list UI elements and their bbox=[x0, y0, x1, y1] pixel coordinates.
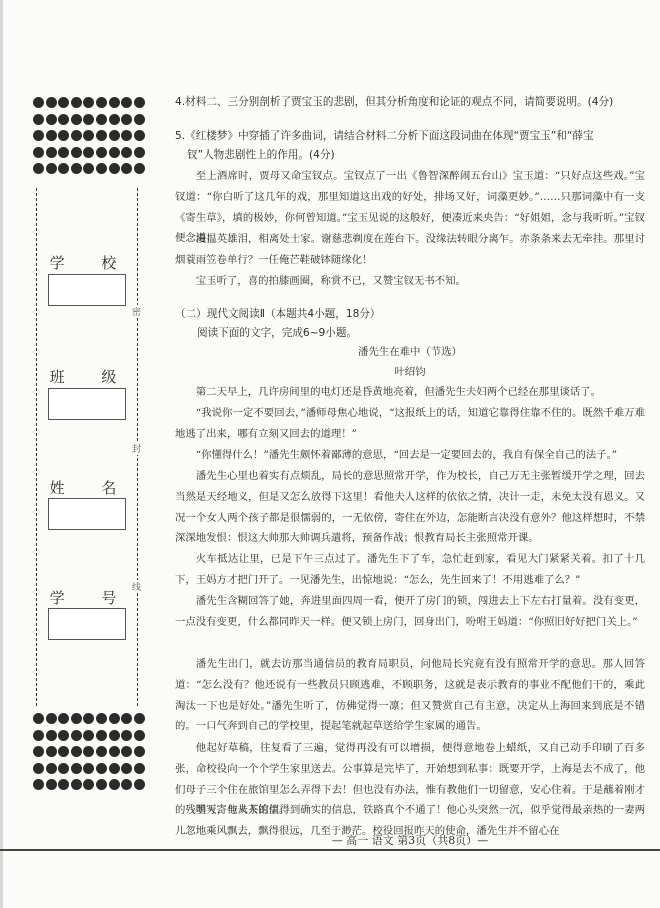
seal-mark-mi: 密 bbox=[132, 305, 141, 318]
page-footer: — 高一 语文 第3页（共8页）— bbox=[175, 832, 645, 848]
seal-mark-feng: 封 bbox=[132, 442, 141, 455]
question-5-line2: 钗”人物悲剧性上的作用。(4分) bbox=[175, 146, 657, 165]
question-4: 4.材料二、三分别剖析了贾宝玉的悲剧，但其分析角度和论证的观点不同，请简要说明。… bbox=[175, 93, 645, 112]
name-field[interactable] bbox=[48, 498, 126, 530]
class-label: 班 级 bbox=[48, 366, 134, 387]
story-paragraph: 火车抵达让里，已是下午三点过了。潘先生下了车，急忙赶到家，看见大门紧紧关着。扣了… bbox=[175, 549, 645, 591]
story-paragraph: 潘先生出门，就去访那当通信员的教育局职员，问他局长究竟有没有照常开学的意思。那人… bbox=[175, 654, 645, 737]
story-author: 叶绍钧 bbox=[175, 362, 645, 383]
section-heading: （二）现代文阅读Ⅱ（本题共4小题，18分） bbox=[175, 305, 645, 324]
page-edge bbox=[0, 0, 3, 908]
excerpt-poem: 漫揾英雄泪，相离处士家。谢慈悲剃度在莲台下。没缘法转眼分离乍。赤条条来去无牵挂。… bbox=[175, 229, 645, 271]
story-paragraph: 第二天早上，几许房间里的电灯还是昏黄地亮着，但潘先生夫妇两个已经在那里谈话了。 bbox=[175, 382, 645, 403]
story-paragraph: 潘先生含糊回答了她，奔进里面四周一看，便开了房门的锁，闯进去上下左右打量着。没有… bbox=[175, 591, 645, 633]
excerpt-paragraph-2: 宝玉听了，喜的拍膝画圈，称赏不已，又赞宝钗无书不知。 bbox=[175, 271, 645, 292]
name-label: 姓 名 bbox=[48, 477, 134, 498]
section-instruction: 阅读下面的文字，完成6~9小题。 bbox=[175, 324, 660, 343]
student-id-field[interactable] bbox=[48, 608, 126, 640]
student-id-label: 学 号 bbox=[48, 587, 134, 608]
dot-grid-bottom bbox=[33, 713, 146, 790]
story-paragraph: “我说你一定不要回去，”潘师母焦心地说，“这报纸上的话，知道它靠得住靠不住的。既… bbox=[175, 403, 645, 445]
story-title: 潘先生在难中（节选） bbox=[175, 342, 645, 363]
story-paragraph: “你懂得什么！”潘先生颇怀着鄙薄的意思，“回去是一定要回去的，我自有保全自己的法… bbox=[175, 445, 645, 466]
question-5-line1: 5.《红楼梦》中穿插了许多曲词，请结合材料二分析下面这段词曲在体现“贾宝玉”和“… bbox=[175, 127, 645, 146]
bottom-rule bbox=[0, 849, 660, 851]
cut-line-left bbox=[36, 188, 37, 706]
dot-grid-top bbox=[33, 97, 146, 174]
school-field[interactable] bbox=[48, 274, 126, 306]
story-paragraph: 潘先生心里也着实有点烦乱，局长的意思照常开学，作为校长，自己万无主张暂缓开学之理… bbox=[175, 466, 645, 549]
class-field[interactable] bbox=[48, 388, 126, 420]
school-label: 学 校 bbox=[48, 252, 134, 273]
